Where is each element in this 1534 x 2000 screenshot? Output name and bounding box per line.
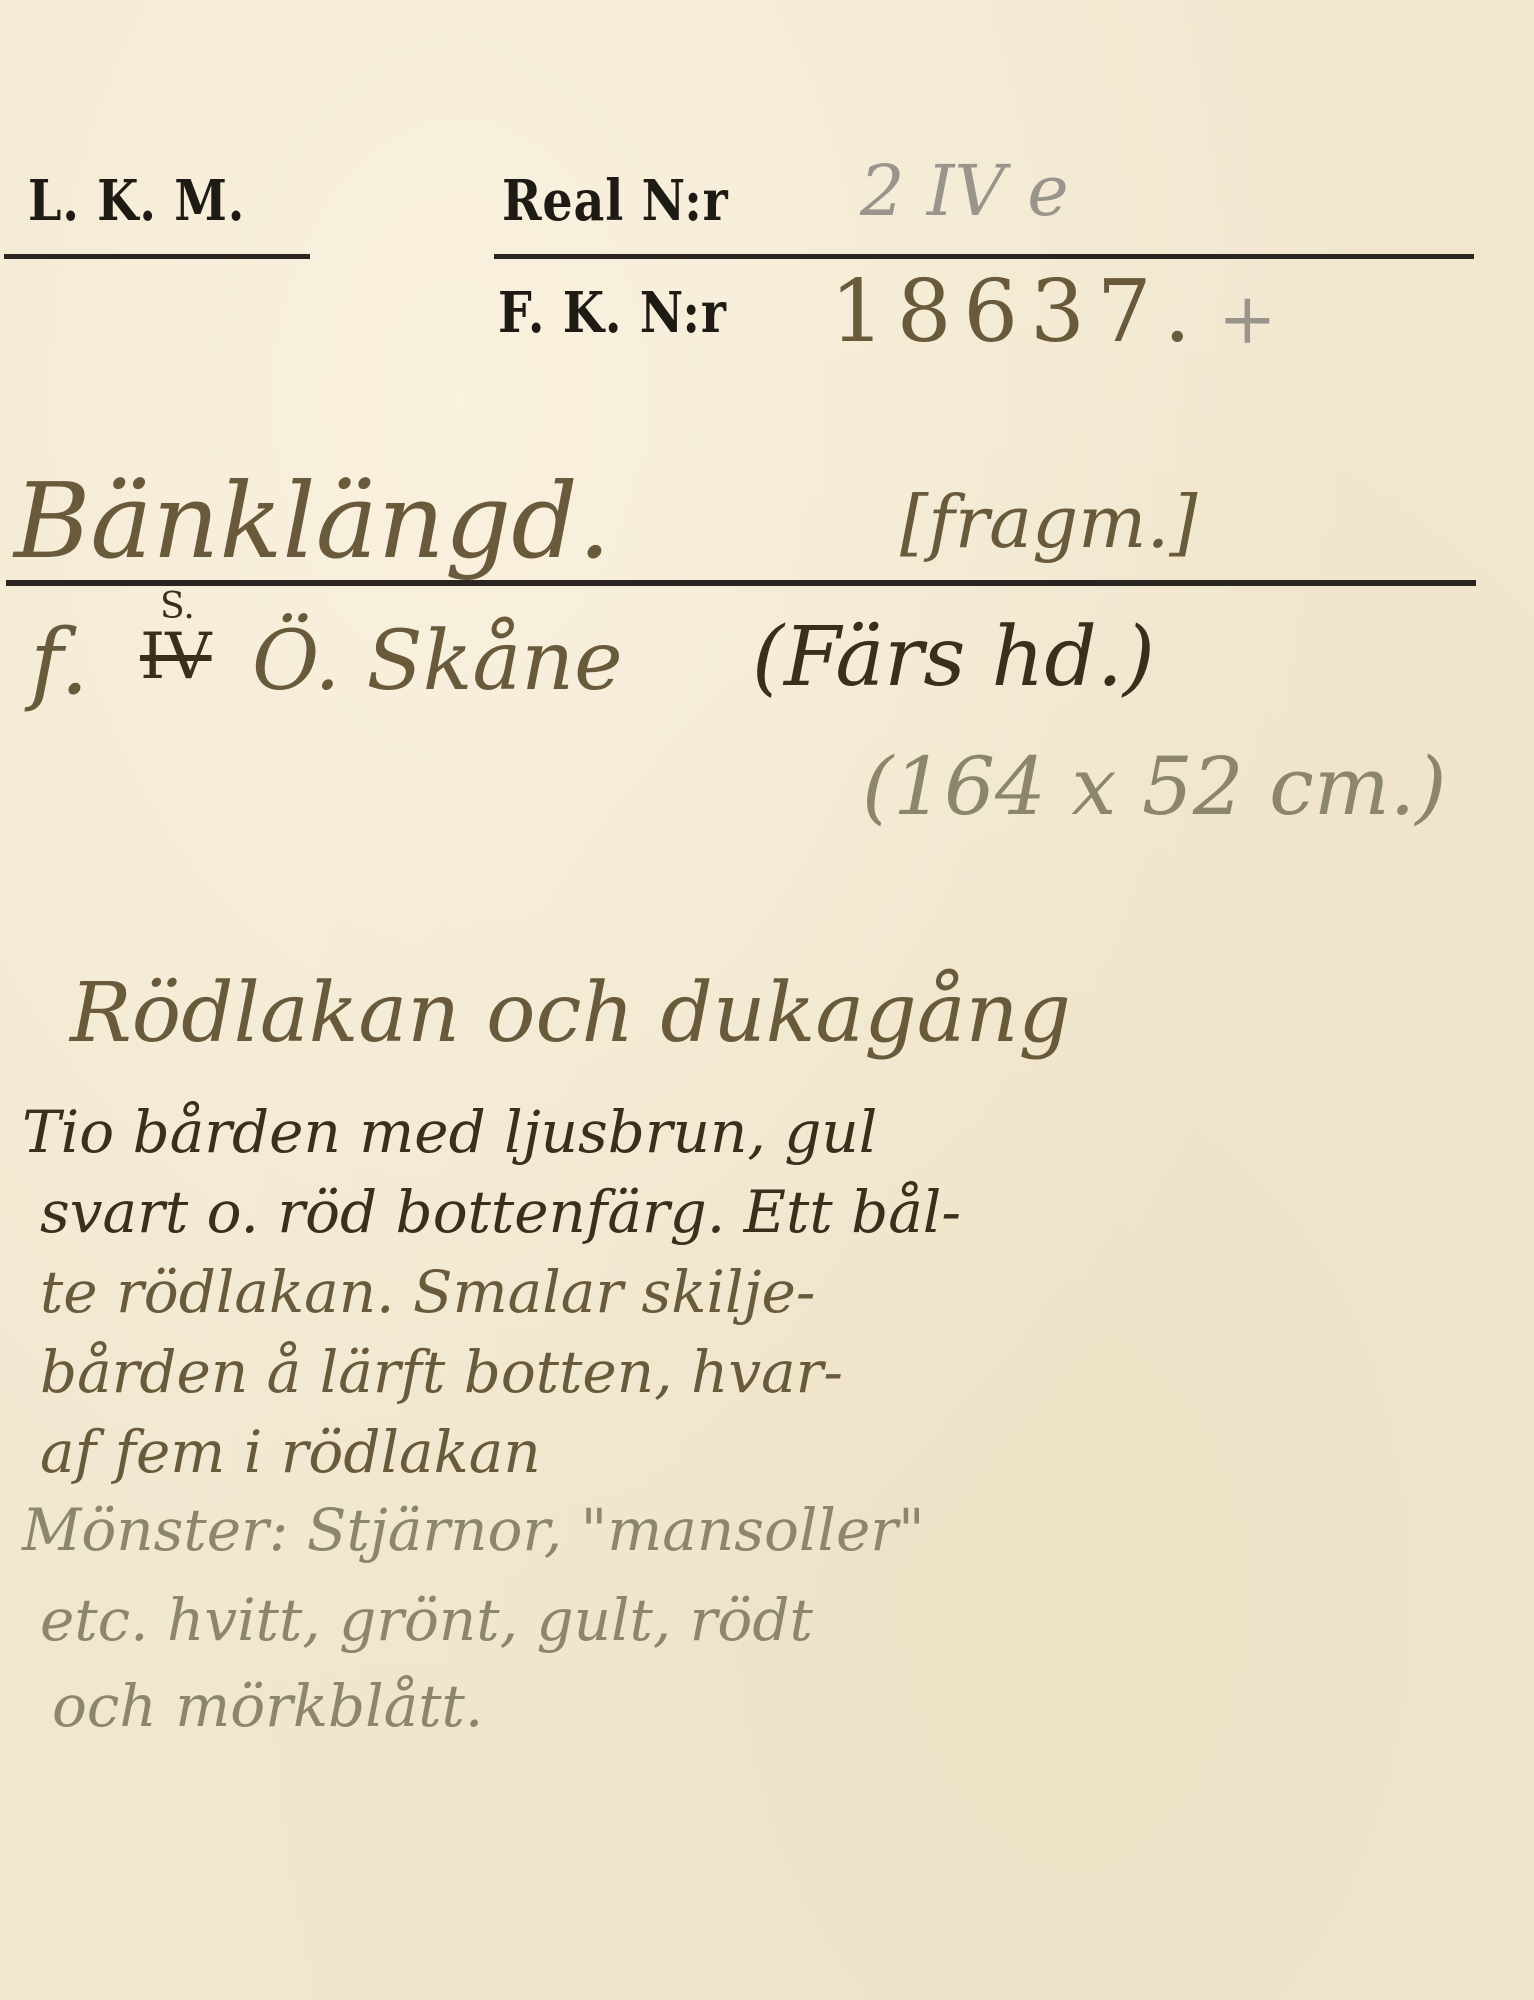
fk-nr-value: 18637. [830, 262, 1203, 362]
real-nr-value: 2 IV e [860, 150, 1069, 232]
object-title-note: [fragm.] [900, 480, 1197, 564]
real-nr-label: Real N:r [502, 168, 729, 234]
object-title: Bänklängd. [14, 460, 611, 582]
provenance-region-struck: IV [140, 620, 212, 694]
description-line: af fem i rödlakan [40, 1412, 541, 1492]
dimensions: (164 x 52 cm.) [862, 740, 1446, 833]
pattern-line: och mörkblått. [52, 1666, 483, 1746]
description-line: svart o. röd bottenfärg. Ett bål- [40, 1172, 961, 1252]
description-line: Tio bården med ljusbrun, gul [22, 1092, 877, 1172]
pattern-line: etc. hvitt, grönt, gult, rödt [40, 1580, 813, 1660]
museum-label: L. K. M. [28, 168, 245, 234]
pattern-line: Mönster: Stjärnor, "mansoller" [22, 1490, 925, 1570]
description-heading: Rödlakan och dukagång [70, 966, 1071, 1061]
fk-nr-label: F. K. N:r [498, 280, 727, 346]
catalog-card: L. K. M. Real N:r 2 IV e F. K. N:r 18637… [0, 0, 1534, 2000]
provenance-prefix: f. [30, 610, 89, 715]
description-line: bården å lärft botten, hvar- [40, 1332, 843, 1412]
provenance-district: (Färs hd.) [752, 610, 1155, 705]
provenance-place: Ö. Skåne [252, 614, 623, 709]
real-nr-rule [494, 254, 1474, 259]
description-line: te rödlakan. Smalar skilje- [40, 1252, 815, 1332]
museum-label-rule [4, 254, 310, 259]
fk-nr-mark: + [1218, 278, 1277, 360]
title-rule [6, 580, 1476, 586]
